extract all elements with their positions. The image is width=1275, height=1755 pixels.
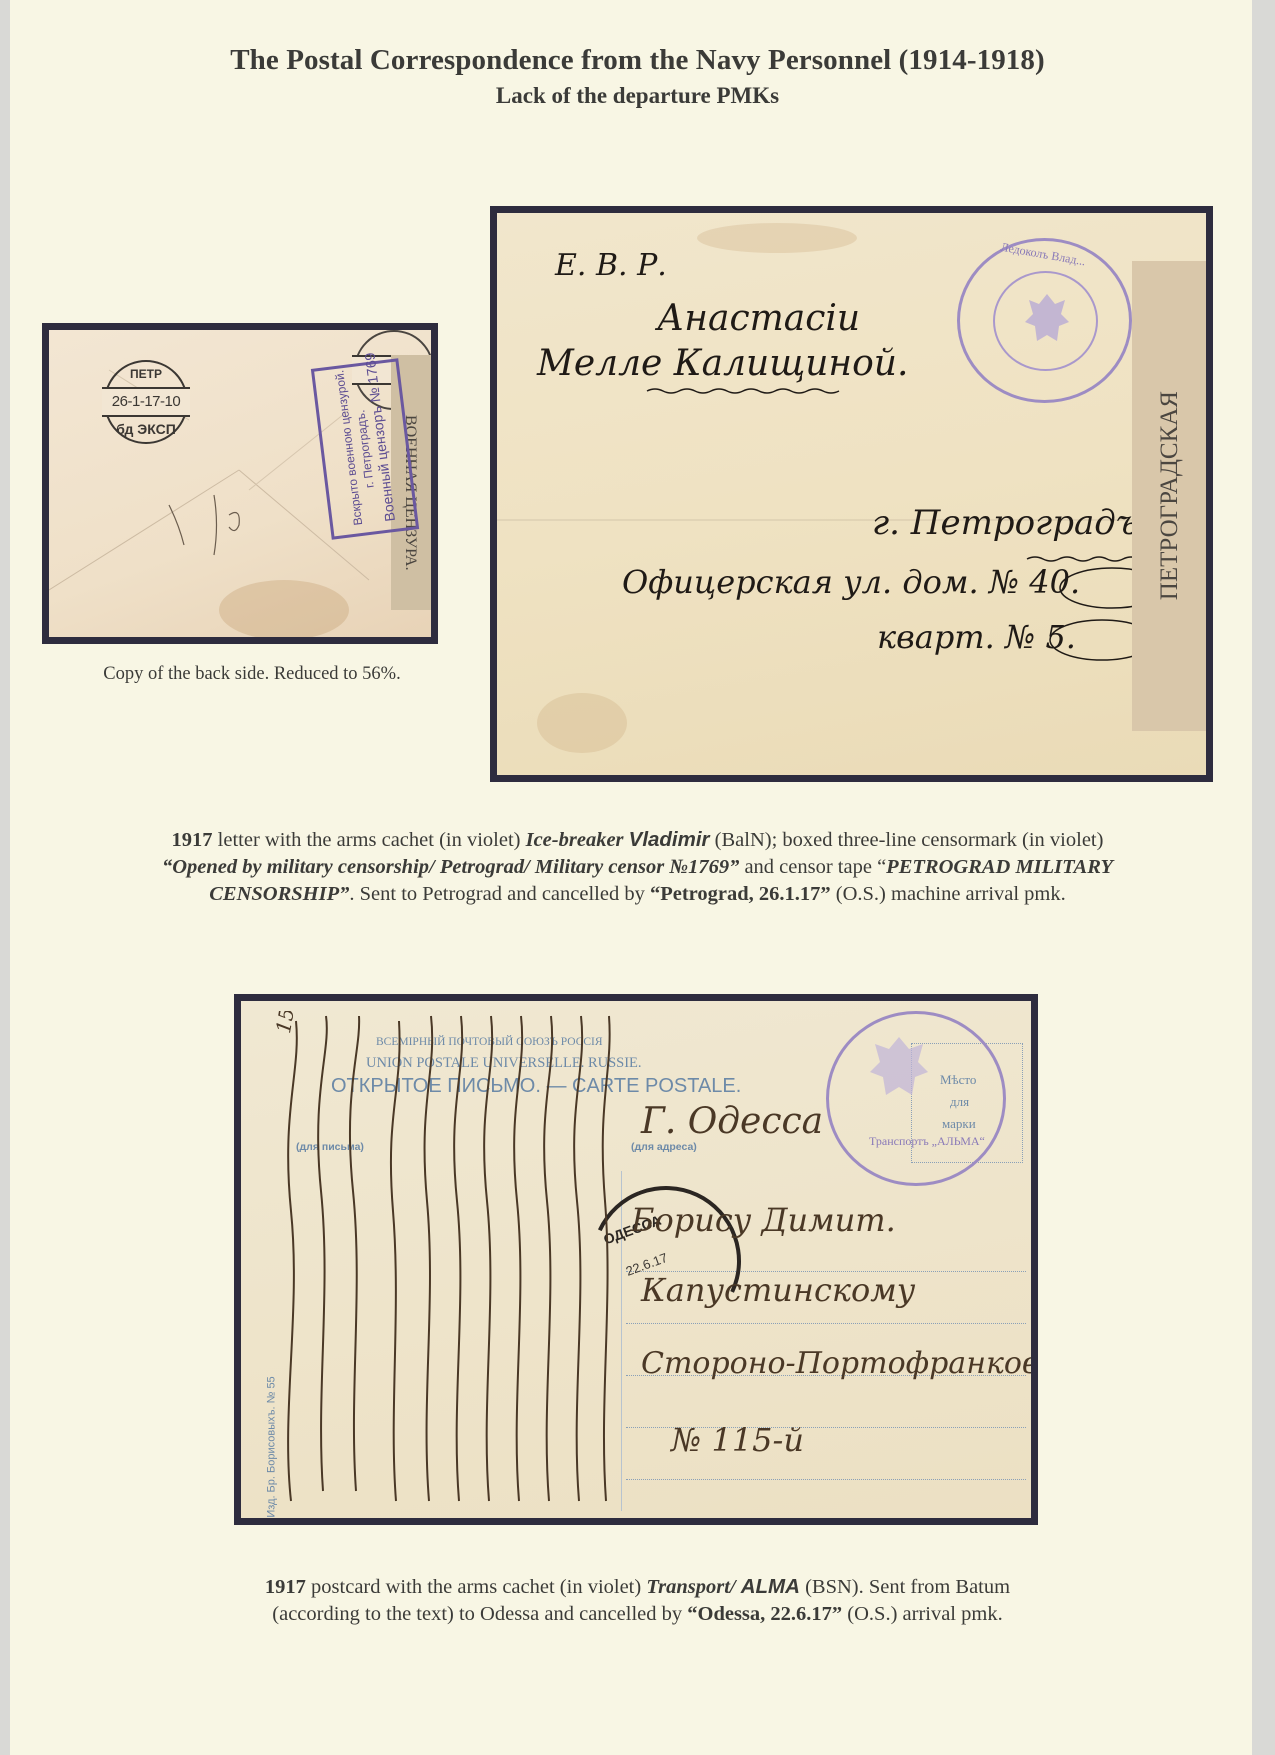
album-page: The Postal Correspondence from the Navy …: [10, 0, 1252, 1755]
address-line: Г. Одесса: [641, 1101, 823, 1142]
double-eagle-icon: [859, 1032, 939, 1102]
message-handwriting: 15/6 17: [261, 1011, 621, 1511]
arms-cachet-alma: Транспортъ „АЛЬМА“: [826, 1011, 1006, 1186]
handwriting-line: г. Петроградъ: [872, 503, 1138, 543]
front-envelope-image: Е. В. Р. Анастасіи Мелле Калищиной. г. П…: [497, 213, 1206, 775]
item1-caption: 1917 letter with the arms cachet (in vio…: [40, 826, 1235, 908]
postcard-frame: ВСЕМІРНЫЙ ПОЧТОВЫЙ СОЮЗЪ РОССІЯ UNION PO…: [234, 994, 1038, 1525]
address-line: Борису Димит.: [631, 1201, 896, 1239]
double-eagle-icon: [1017, 289, 1077, 349]
item2-caption: 1917 postcard with the arms cachet (in v…: [40, 1573, 1235, 1628]
address-line: № 115-й: [671, 1421, 804, 1459]
censor-tape-text: ПЕТРОГРАДСКАЯ: [1156, 391, 1184, 600]
arms-cachet-vladimir: Ледоколъ Влад...: [957, 238, 1132, 403]
page-title: The Postal Correspondence from the Navy …: [10, 44, 1265, 77]
petrograd-pmk: ПЕТР 26-1-17-10 бд ЭКСП: [104, 360, 188, 444]
front-envelope-frame: Е. В. Р. Анастасіи Мелле Калищиной. г. П…: [490, 206, 1213, 782]
back-copy-caption: Copy of the back side. Reduced to 56%.: [52, 664, 452, 685]
address-line: Капустинскому: [641, 1271, 915, 1309]
back-copy-frame: ПЕТР 26-1-17-10 бд ЭКСП 1-17-10 ВОЕННАЯ …: [42, 323, 438, 644]
pmk-date: 26-1-17-10: [102, 387, 190, 417]
censor-tape: ПЕТРОГРАДСКАЯ: [1132, 261, 1206, 731]
page-subtitle: Lack of the departure PMKs: [10, 83, 1265, 109]
handwriting-line: Офицерская ул. дом. № 40.: [622, 563, 1080, 601]
postcard-image: ВСЕМІРНЫЙ ПОЧТОВЫЙ СОЮЗЪ РОССІЯ UNION PO…: [241, 1001, 1031, 1518]
address-line: Стороно-Портофранковская: [641, 1346, 1031, 1381]
handwriting-line: кварт. № 5.: [877, 618, 1076, 656]
back-copy-image: ПЕТР 26-1-17-10 бд ЭКСП 1-17-10 ВОЕННАЯ …: [49, 330, 431, 637]
stain: [219, 580, 349, 637]
